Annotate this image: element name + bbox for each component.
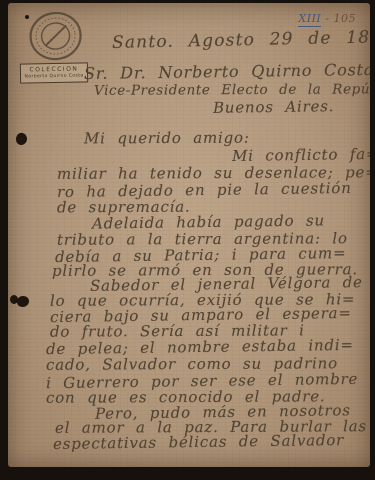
recipient-title: Vice-Presidente Electo de la República [94,81,370,99]
recipient-city: Buenos Aires. [213,97,335,117]
hole-punch [17,296,29,307]
ink-dot [25,15,29,19]
letter-line: Mi conflicto fa= [232,145,370,165]
dateline: Santo. Agosto 29 de 1898 [112,27,370,53]
archival-separator: - [325,12,329,25]
archival-volume: XIII [298,12,321,27]
collection-label: COLECCION Norberto Quirno Costa [20,62,88,83]
letter-paper: COLECCION Norberto Quirno Costa XIII - 1… [8,3,370,467]
collection-label-owner: Norberto Quirno Costa [23,73,85,79]
archival-page: 105 [334,12,357,25]
recipient-name: Sr. Dr. Norberto Quirno Costa [84,60,370,83]
hole-punch [15,132,29,146]
scanned-letter-photo: COLECCION Norberto Quirno Costa XIII - 1… [0,0,375,480]
letter-line: espectativas bélicas de Salvador [53,431,344,453]
library-stamp-icon [24,7,87,70]
collection-label-title: COLECCION [23,65,85,73]
archival-number: XIII - 105 [298,12,356,25]
salutation: Mi querido amigo: [84,129,250,148]
